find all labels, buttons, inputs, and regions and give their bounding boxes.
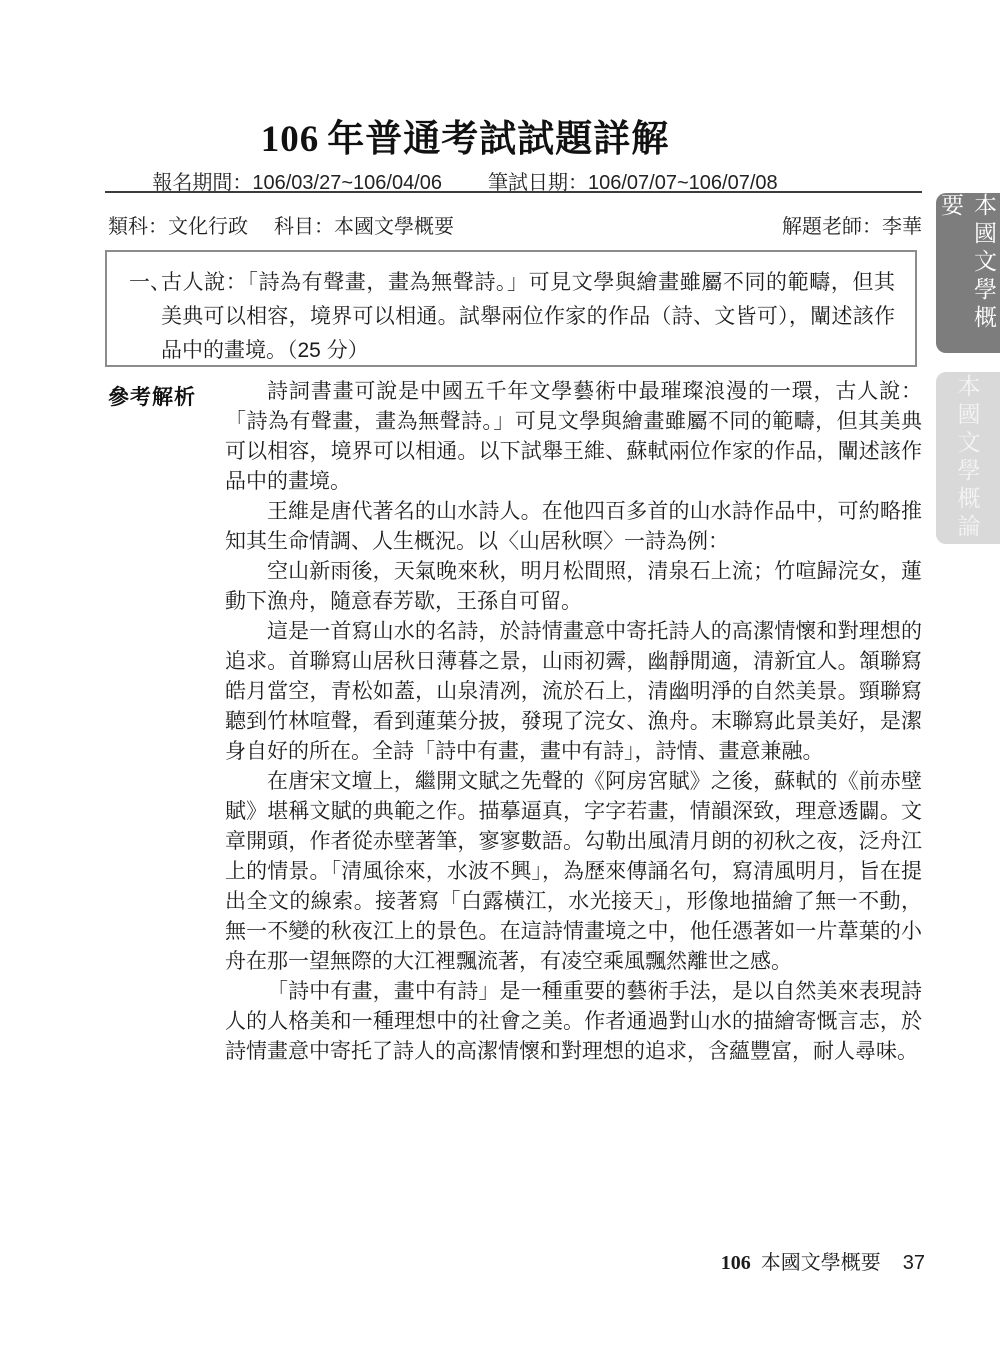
solution-paragraph-poem: 空山新雨後，天氣晚來秋，明月松間照，清泉石上流；竹喧歸浣女，蓮動下漁舟，隨意春芳… (225, 557, 922, 617)
side-tab-benguo-wenxue-gaiyao: 本國文學概要 (936, 193, 1000, 353)
question-number: 一、 (129, 266, 171, 300)
question-text: 古人說：「詩為有聲畫，畫為無聲詩。」可見文學與繪畫雖屬不同的範疇，但其美典可以相… (161, 271, 895, 362)
header-divider (105, 191, 922, 193)
solution-paragraph: 在唐宋文壇上，繼開文賦之先聲的《阿房宮賦》之後，蘇軾的《前赤壁賦》堪稱文賦的典範… (225, 767, 922, 977)
solution-paragraph: 「詩中有畫，畫中有詩」是一種重要的藝術手法，是以自然美來表現詩人的人格美和一種理… (225, 977, 922, 1067)
page-title: 106年普通考試試題詳解 (0, 108, 930, 162)
solution-paragraph: 詩詞書畫可說是中國五千年文學藝術中最璀璨浪漫的一環，古人說：「詩為有聲畫，畫為無… (225, 377, 922, 497)
side-tab-benguo-wenxue-gailun: 本國文學概論 (936, 372, 1000, 544)
solution-label: 參考解析 (108, 381, 196, 411)
exam-meta-left: 類科：文化行政科目：本國文學概要 (108, 210, 454, 239)
footer-subject: 本國文學概要 (761, 1252, 881, 1274)
solution-body: 詩詞書畫可說是中國五千年文學藝術中最璀璨浪漫的一環，古人說：「詩為有聲畫，畫為無… (225, 377, 922, 1067)
document-page: 106年普通考試試題詳解 報名期間：106/03/27~106/04/06筆試日… (0, 0, 1000, 1353)
solution-paragraph: 王維是唐代著名的山水詩人。在他四百多首的山水詩作品中，可約略推知其生命情調、人生… (225, 497, 922, 557)
page-title-text: 年普通考試試題詳解 (327, 118, 669, 159)
subject-label: 科目：本國文學概要 (274, 216, 454, 238)
page-footer: 106本國文學概要37 (105, 1246, 925, 1275)
solution-paragraph: 這是一首寫山水的名詩，於詩情畫意中寄托詩人的高潔情懷和對理想的追求。首聯寫山居秋… (225, 617, 922, 767)
question-text-block: 一、古人說：「詩為有聲畫，畫為無聲詩。」可見文學與繪畫雖屬不同的範疇，但其美典可… (129, 266, 895, 368)
solver-teacher-label: 解題老師：李華 (782, 210, 922, 239)
category-label: 類科：文化行政 (108, 216, 248, 238)
page-title-year: 106 (261, 119, 320, 160)
exam-meta-row: 類科：文化行政科目：本國文學概要 解題老師：李華 (108, 210, 922, 239)
footer-year: 106 (721, 1252, 751, 1274)
footer-page-number: 37 (903, 1252, 925, 1274)
question-box: 一、古人說：「詩為有聲畫，畫為無聲詩。」可見文學與繪畫雖屬不同的範疇，但其美典可… (105, 250, 917, 367)
